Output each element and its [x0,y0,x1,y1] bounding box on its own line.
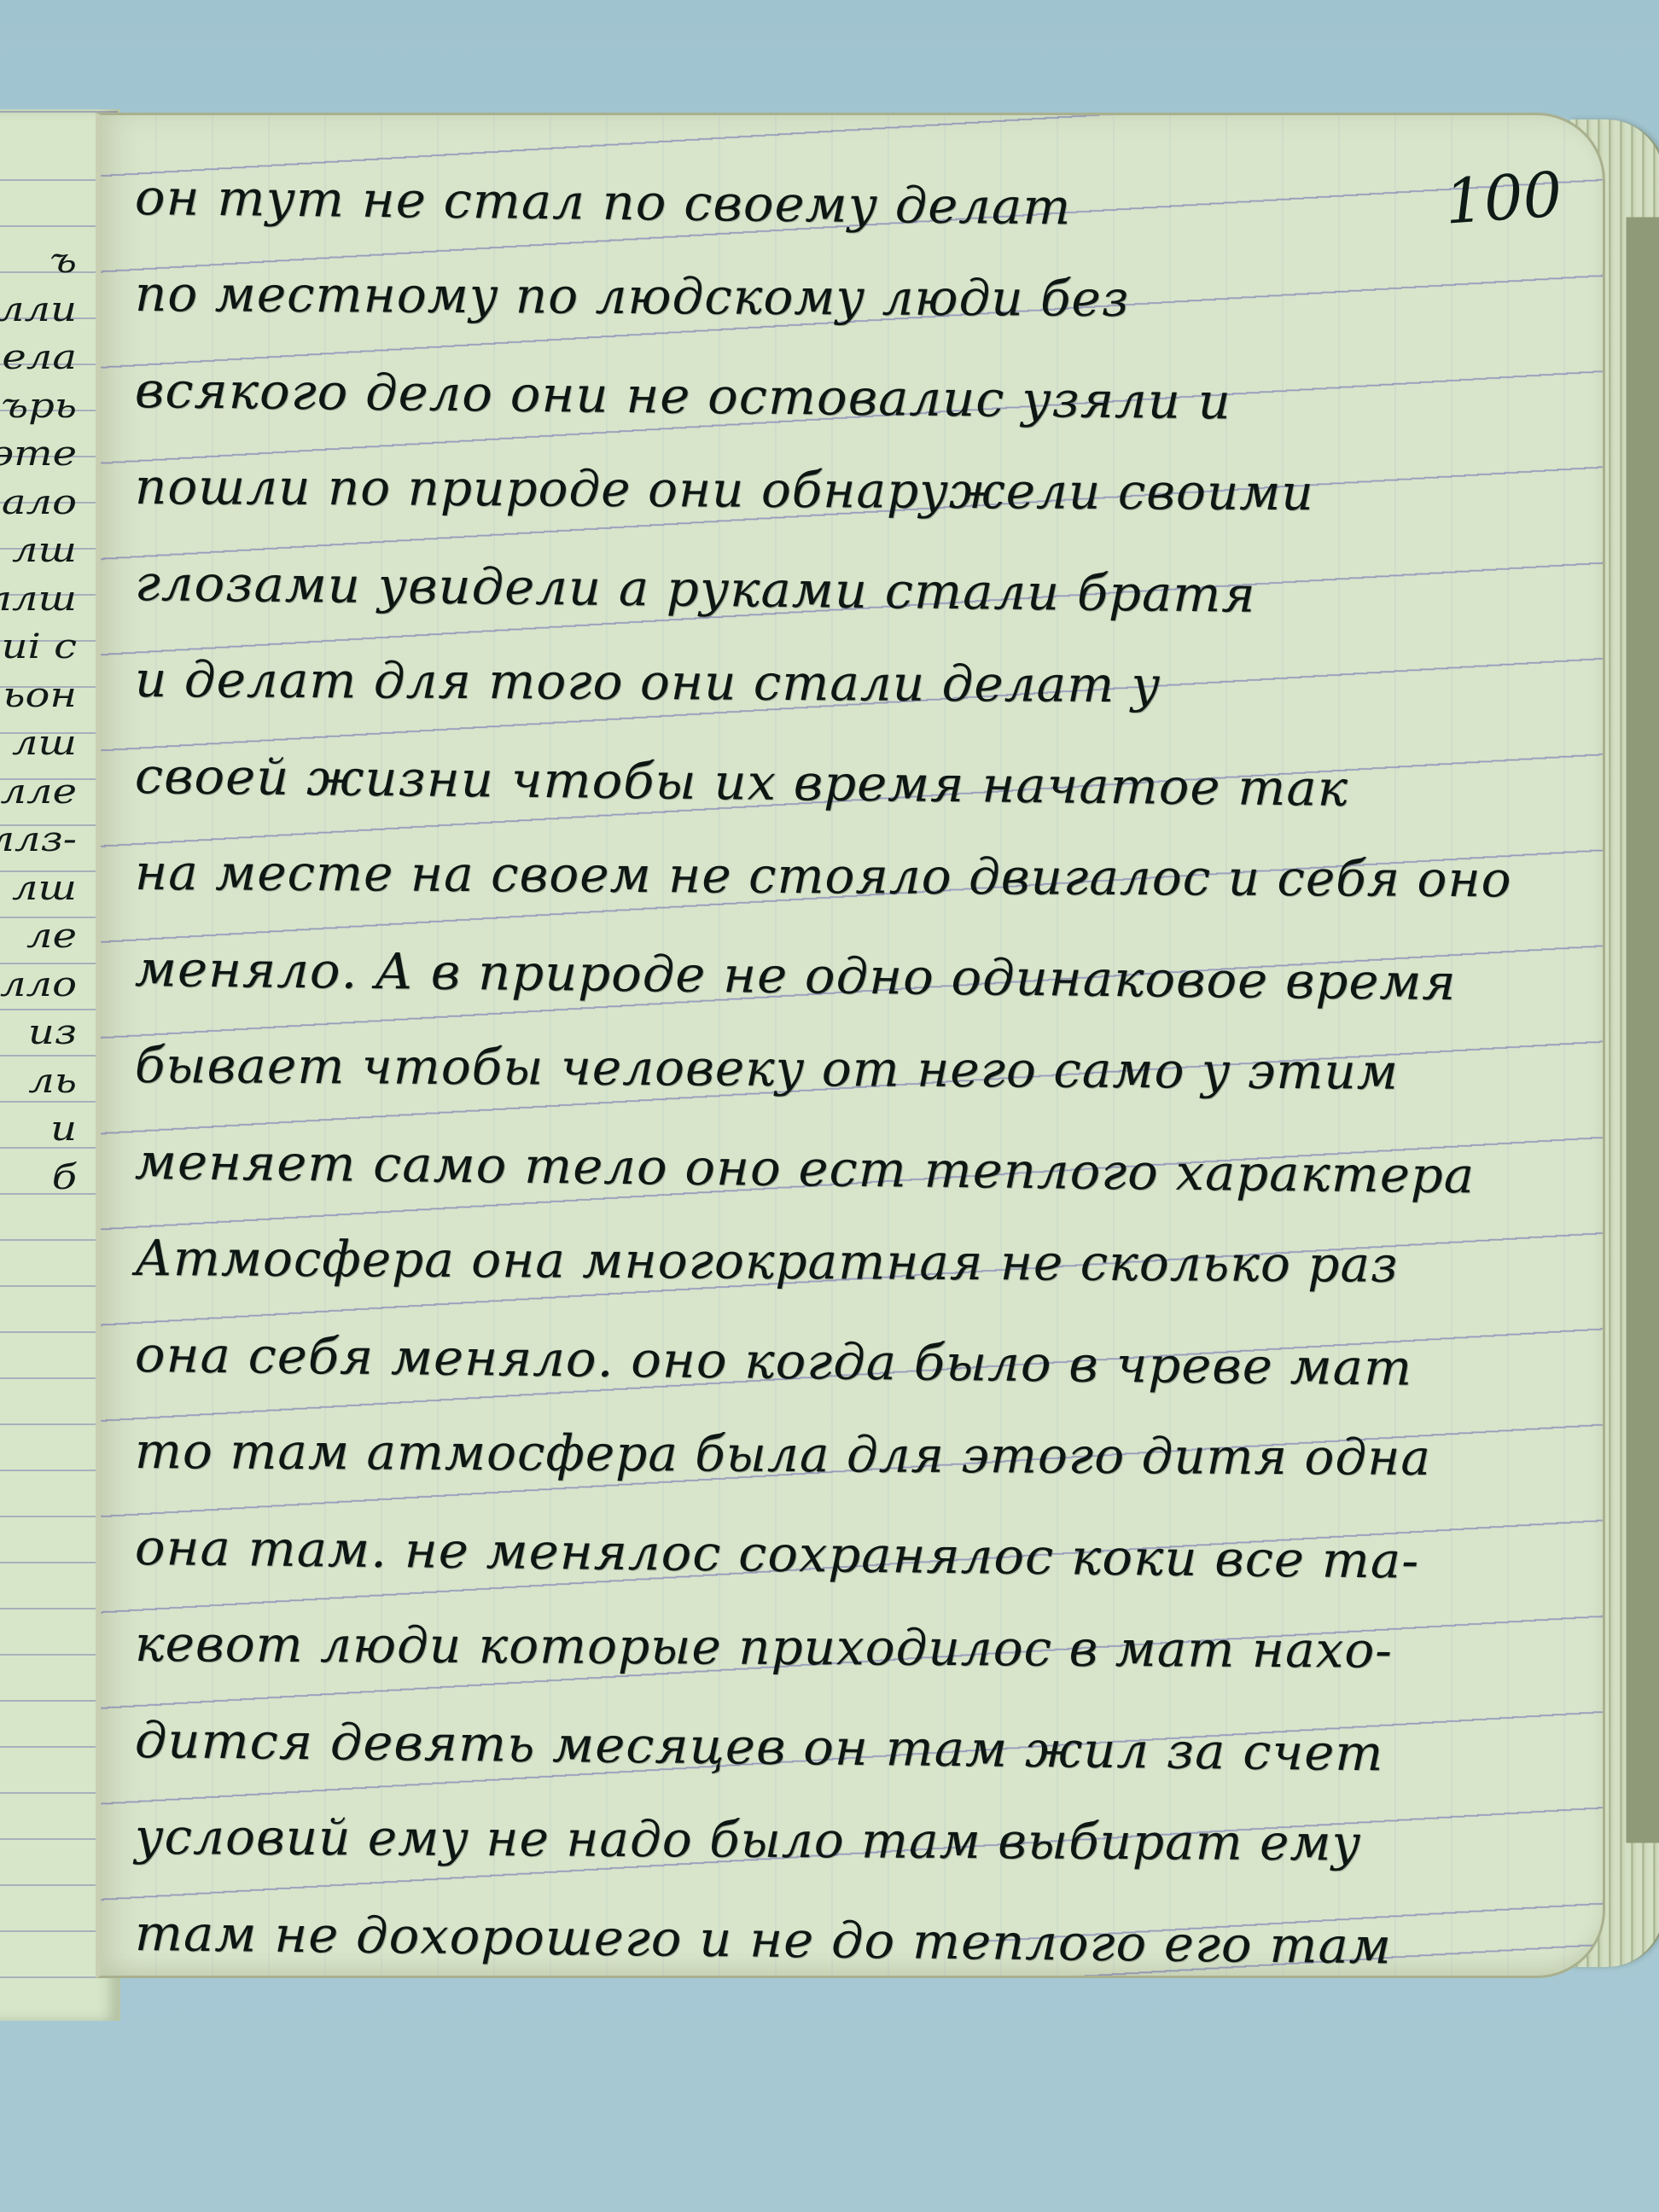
left-fragment: лло [0,961,77,1010]
text-line: меняло. А в природе не одно одинаковое в… [134,921,1563,1033]
text-line: и делат для того они стали делат у [135,632,1535,736]
left-fragment: лш [0,719,77,768]
text-line: своей жизни чтобы их время начатое так [134,728,1563,840]
text-line: она там. не менялос сохранялос коки все … [134,1499,1563,1611]
text-line: по местному по людскому люди без [135,246,1535,350]
left-fragment: ьон [0,672,77,720]
left-fragment: ui с [0,623,77,672]
text-line: бывает чтобы человеку от него само у эти… [135,1017,1535,1121]
left-fragment: из [0,1009,77,1057]
text-line: Атмосфера она многократная не сколько ра… [135,1210,1535,1314]
text-line: меняет само тело оно ест теплого характе… [134,1114,1563,1225]
left-fragment: лли [0,286,77,335]
left-fragment: б [0,1154,77,1202]
left-fragment: ллш [0,575,77,624]
text-line: там не дохорошего и не до теплого его та… [134,1885,1563,1978]
text-line: кевот люди которые приходилос в мат нахо… [135,1596,1535,1700]
left-fragment: ърь [0,382,77,431]
notebook-page: 100 он тут не стал по своему делат по ме… [96,113,1605,1978]
left-fragment: ъ [0,237,77,286]
left-fragment: ало [0,479,77,527]
text-line: глозами увидели а руками стали братя [134,535,1563,647]
text-line: он тут не стал по своему делат [134,149,1563,261]
left-fragment: ела [0,334,77,382]
left-fragment: лш [0,864,77,913]
left-fragment: лш [0,527,77,575]
text-line: всякого дело они не остовалис узяли и [134,342,1563,454]
text-line: на месте на своем не стояло двигалос и с… [135,824,1535,928]
left-fragment: ле [0,912,77,961]
text-line: условий ему не надо было там выбират ему [135,1789,1535,1893]
text-line: пошли по природе они обнаружели своими [135,439,1535,543]
left-fragment: эте [0,430,77,479]
left-fragment: и [0,1105,77,1154]
left-fragment: лле [0,768,77,817]
handwritten-text: он тут не стал по своему делат по местно… [135,149,1534,1978]
text-line: то там атмосфера была для этого дитя одн… [135,1403,1535,1507]
left-fragment: ллз- [0,816,77,864]
text-line: дится девять месяцев он там жил за счет [134,1692,1563,1804]
left-fragment: ль [0,1057,77,1106]
left-page-text-fragments: ъ лли ела ърь эте ало лш ллш ui с ьон лш… [0,237,77,1202]
text-line: она себя меняло. оно когда было в чреве … [134,1307,1563,1418]
